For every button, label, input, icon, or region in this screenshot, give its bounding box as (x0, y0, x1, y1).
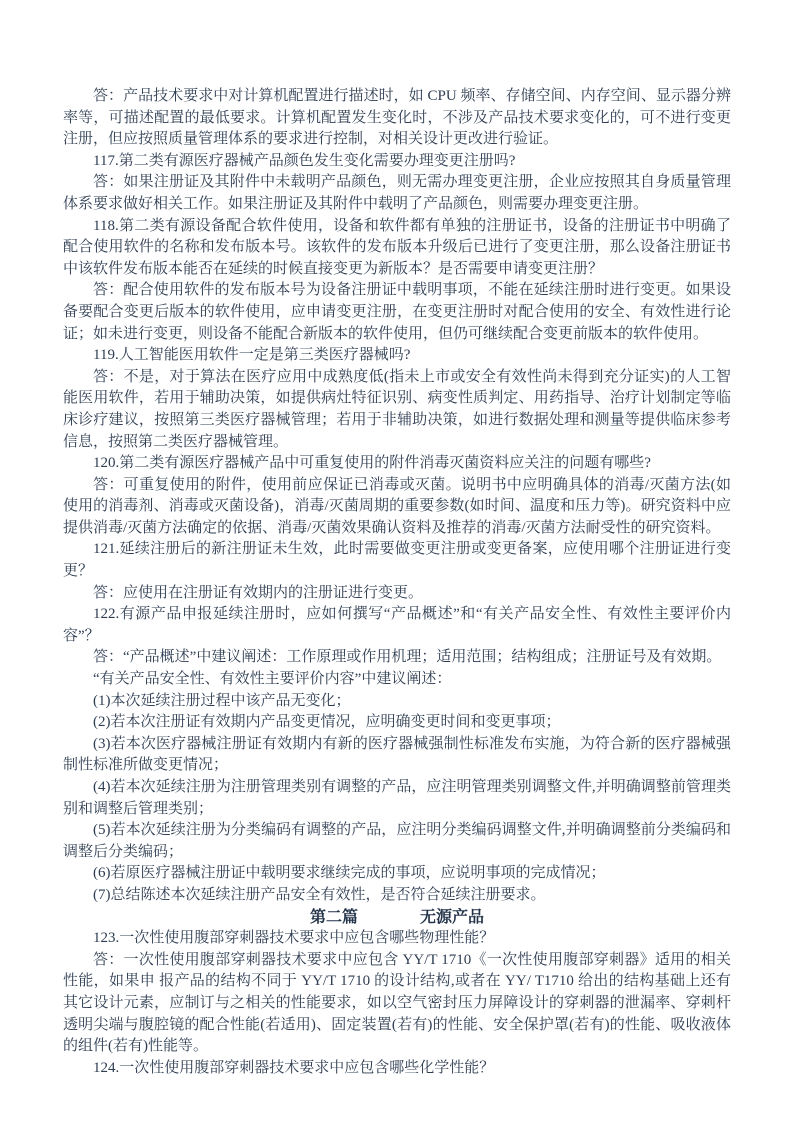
list-item-1: (1)本次延续注册过程中该产品无变化； (63, 691, 731, 713)
list-item-4: (4)若本次延续注册为注册管理类别有调整的产品，应注明管理类别调整文件,并明确调… (63, 777, 731, 820)
question-122: 122.有源产品申报延续注册时，应如何撰写“产品概述”和“有关产品安全性、有效性… (63, 604, 731, 647)
answer-paragraph-116: 答：产品技术要求中对计算机配置进行描述时，如 CPU 频率、存储空间、内存空间、… (63, 86, 731, 151)
question-124: 124.一次性使用腹部穿刺器技术要求中应包含哪些化学性能？ (63, 1058, 731, 1080)
question-118: 118.第二类有源设备配合软件使用，设备和软件都有单独的注册证书，设备的注册证书… (63, 216, 731, 281)
answer-118: 答：配合使用软件的发布版本号为设备注册证中载明事项，不能在延续注册时进行变更。如… (63, 280, 731, 345)
list-item-5: (5)若本次延续注册为分类编码有调整的产品，应注明分类编码调整文件,并明确调整前… (63, 820, 731, 863)
answer-120: 答：可重复使用的附件，使用前应保证已消毒或灭菌。说明书中应明确具体的消毒/灭菌方… (63, 475, 731, 540)
answer-119: 答：不是，对于算法在医疗应用中成熟度低(指未上市或安全有效性尚未得到充分证实)的… (63, 367, 731, 453)
question-120: 120.第二类有源医疗器械产品中可重复使用的附件消毒灭菌资料应关注的问题有哪些? (63, 453, 731, 475)
answer-117: 答：如果注册证及其附件中未载明产品颜色，则无需办理变更注册，企业应按照其自身质量… (63, 172, 731, 215)
list-item-6: (6)若原医疗器械注册证中载明要求继续完成的事项，应说明事项的完成情况； (63, 863, 731, 885)
list-item-2: (2)若本次注册证有效期内产品变更情况，应明确变更时间和变更事项； (63, 712, 731, 734)
answer-123: 答：一次性使用腹部穿刺器技术要求中应包含 YY/T 1710《一次性使用腹部穿刺… (63, 950, 731, 1058)
answer-122-overview: 答：“产品概述”中建议阐述：工作原理或作用机理；适用范围；结构组成；注册证号及有… (63, 647, 731, 669)
document-content: 答：产品技术要求中对计算机配置进行描述时，如 CPU 频率、存储空间、内存空间、… (63, 86, 731, 1079)
section-heading: 第二篇无源产品 (63, 907, 731, 929)
question-117: 117.第二类有源医疗器械产品颜色发生变化需要办理变更注册吗? (63, 151, 731, 173)
section-heading-number: 第二篇 (310, 909, 358, 926)
list-item-7: (7)总结陈述本次延续注册产品安全有效性，是否符合延续注册要求。 (63, 885, 731, 907)
question-121: 121.延续注册后的新注册证未生效，此时需要做变更注册或变更备案，应使用哪个注册… (63, 539, 731, 582)
question-123: 123.一次性使用腹部穿刺器技术要求中应包含哪些物理性能？ (63, 928, 731, 950)
section-heading-title: 无源产品 (420, 909, 484, 926)
list-item-3: (3)若本次医疗器械注册证有效期内有新的医疗器械强制性标准发布实施，为符合新的医… (63, 734, 731, 777)
answer-121: 答：应使用在注册证有效期内的注册证进行变更。 (63, 583, 731, 605)
document-page: 答：产品技术要求中对计算机配置进行描述时，如 CPU 频率、存储空间、内存空间、… (0, 0, 793, 1122)
question-119: 119.人工智能医用软件一定是第三类医疗器械吗? (63, 345, 731, 367)
answer-122-evaluation-intro: “有关产品安全性、有效性主要评价内容”中建议阐述： (63, 669, 731, 691)
